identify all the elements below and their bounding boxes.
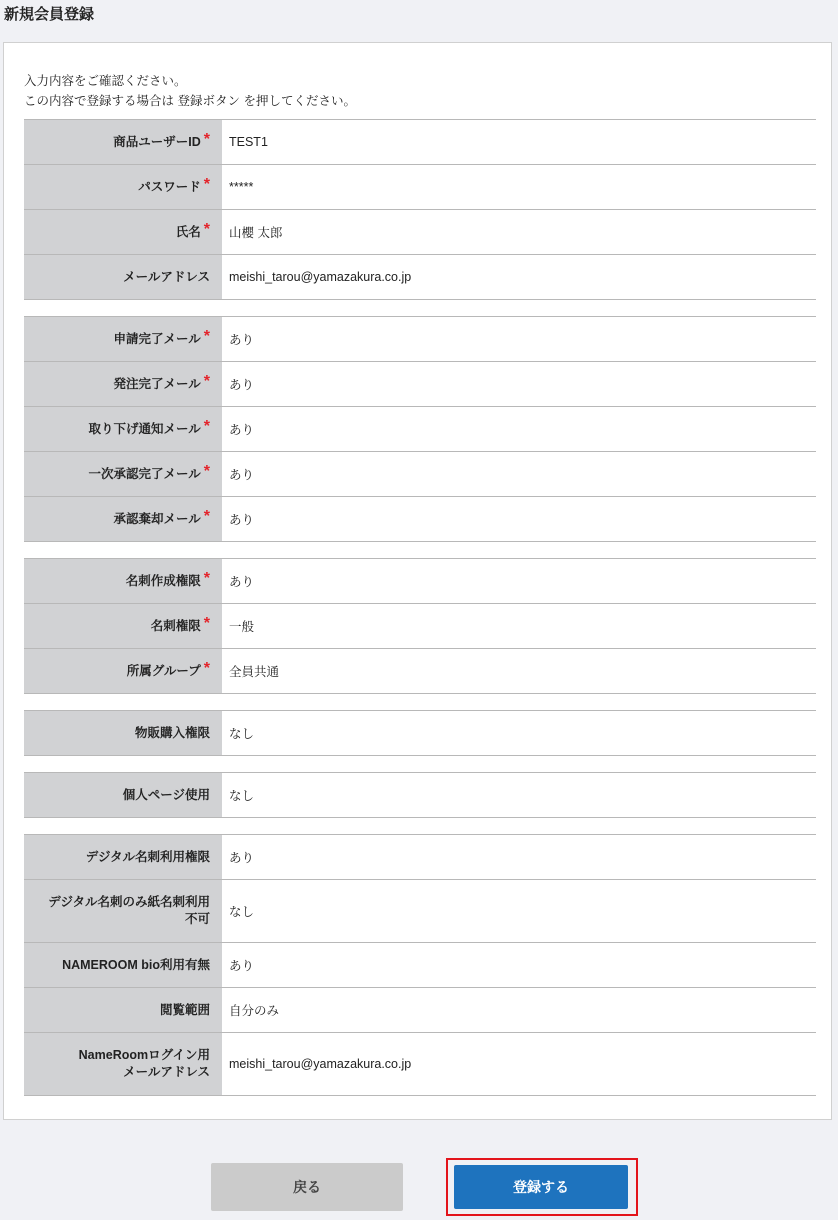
- row-nameroom-bio: NAMEROOM bio利用有無 あり: [24, 943, 816, 988]
- required-asterisk-icon: *: [204, 463, 210, 480]
- field-label: 物販購入権限: [24, 711, 222, 755]
- field-value: なし: [222, 773, 816, 817]
- group-personal-page: 個人ページ使用 なし: [24, 772, 816, 818]
- field-value: なし: [222, 711, 816, 755]
- field-label: 閲覧範囲: [24, 988, 222, 1032]
- field-value: *****: [222, 165, 816, 209]
- page-title: 新規会員登録: [4, 3, 94, 24]
- field-label: 所属グループ*: [24, 649, 222, 693]
- row-nameroom-login-email: NameRoomログイン用メールアドレス meishi_tarou@yamaza…: [24, 1033, 816, 1096]
- row-group: 所属グループ* 全員共通: [24, 649, 816, 694]
- field-label: 個人ページ使用: [24, 773, 222, 817]
- register-button[interactable]: 登録する: [454, 1165, 628, 1209]
- field-value: 全員共通: [222, 649, 816, 693]
- row-user-id: 商品ユーザーID* TEST1: [24, 120, 816, 165]
- field-label: 承認棄却メール*: [24, 497, 222, 541]
- back-button[interactable]: 戻る: [211, 1163, 403, 1211]
- field-label: 商品ユーザーID*: [24, 120, 222, 164]
- field-value: meishi_tarou@yamazakura.co.jp: [222, 255, 816, 299]
- row-withdrawal-notice-mail: 取り下げ通知メール* あり: [24, 407, 816, 452]
- field-value: あり: [222, 407, 816, 451]
- row-password: パスワード* *****: [24, 165, 816, 210]
- required-asterisk-icon: *: [204, 328, 210, 345]
- row-approval-rejected-mail: 承認棄却メール* あり: [24, 497, 816, 542]
- field-value: TEST1: [222, 120, 816, 164]
- required-asterisk-icon: *: [204, 131, 210, 148]
- required-asterisk-icon: *: [204, 570, 210, 587]
- row-application-complete-mail: 申請完了メール* あり: [24, 317, 816, 362]
- field-value: あり: [222, 835, 816, 879]
- row-name: 氏名* 山櫻 太郎: [24, 210, 816, 255]
- row-view-scope: 閲覧範囲 自分のみ: [24, 988, 816, 1033]
- field-label: パスワード*: [24, 165, 222, 209]
- field-value: あり: [222, 497, 816, 541]
- field-value: 一般: [222, 604, 816, 648]
- row-order-complete-mail: 発注完了メール* あり: [24, 362, 816, 407]
- group-card-permissions: 名刺作成権限* あり 名刺権限* 一般 所属グループ* 全員共通: [24, 558, 816, 694]
- field-label: 名刺権限*: [24, 604, 222, 648]
- field-value: あり: [222, 452, 816, 496]
- row-card-permission: 名刺権限* 一般: [24, 604, 816, 649]
- field-value: 山櫻 太郎: [222, 210, 816, 254]
- group-merchandise: 物販購入権限 なし: [24, 710, 816, 756]
- required-asterisk-icon: *: [204, 508, 210, 525]
- field-label: 発注完了メール*: [24, 362, 222, 406]
- confirmation-table: 商品ユーザーID* TEST1 パスワード* ***** 氏名* 山櫻 太郎 メ…: [24, 119, 816, 1112]
- required-asterisk-icon: *: [204, 221, 210, 238]
- field-label: 申請完了メール*: [24, 317, 222, 361]
- row-personal-page: 個人ページ使用 なし: [24, 773, 816, 818]
- required-asterisk-icon: *: [204, 373, 210, 390]
- field-label: NAMEROOM bio利用有無: [24, 943, 222, 987]
- required-asterisk-icon: *: [204, 418, 210, 435]
- row-digital-only: デジタル名刺のみ紙名刺利用不可 なし: [24, 880, 816, 943]
- field-value: あり: [222, 317, 816, 361]
- required-asterisk-icon: *: [204, 660, 210, 677]
- row-card-create-permission: 名刺作成権限* あり: [24, 559, 816, 604]
- field-label: デジタル名刺利用権限: [24, 835, 222, 879]
- required-asterisk-icon: *: [204, 615, 210, 632]
- group-notifications: 申請完了メール* あり 発注完了メール* あり 取り下げ通知メール* あり 一次…: [24, 316, 816, 542]
- confirmation-panel: 入力内容をご確認ください。 この内容で登録する場合は 登録ボタン を押してくださ…: [3, 42, 832, 1120]
- group-account: 商品ユーザーID* TEST1 パスワード* ***** 氏名* 山櫻 太郎 メ…: [24, 119, 816, 300]
- field-label: デジタル名刺のみ紙名刺利用不可: [24, 880, 222, 942]
- field-value: meishi_tarou@yamazakura.co.jp: [222, 1033, 816, 1095]
- intro-line-1: 入力内容をご確認ください。: [24, 71, 356, 91]
- field-label: NameRoomログイン用メールアドレス: [24, 1033, 222, 1095]
- field-label: 氏名*: [24, 210, 222, 254]
- field-value: あり: [222, 559, 816, 603]
- row-email: メールアドレス meishi_tarou@yamazakura.co.jp: [24, 255, 816, 300]
- group-digital: デジタル名刺利用権限 あり デジタル名刺のみ紙名刺利用不可 なし NAMEROO…: [24, 834, 816, 1096]
- row-merchandise-permission: 物販購入権限 なし: [24, 711, 816, 756]
- row-first-approval-mail: 一次承認完了メール* あり: [24, 452, 816, 497]
- field-value: あり: [222, 362, 816, 406]
- row-digital-card-permission: デジタル名刺利用権限 あり: [24, 835, 816, 880]
- field-label: 取り下げ通知メール*: [24, 407, 222, 451]
- field-value: あり: [222, 943, 816, 987]
- intro-line-2: この内容で登録する場合は 登録ボタン を押してください。: [24, 91, 356, 111]
- intro-text: 入力内容をご確認ください。 この内容で登録する場合は 登録ボタン を押してくださ…: [24, 71, 356, 111]
- field-value: 自分のみ: [222, 988, 816, 1032]
- field-label: 名刺作成権限*: [24, 559, 222, 603]
- required-asterisk-icon: *: [204, 176, 210, 193]
- field-value: なし: [222, 880, 816, 942]
- field-label: メールアドレス: [24, 255, 222, 299]
- field-label: 一次承認完了メール*: [24, 452, 222, 496]
